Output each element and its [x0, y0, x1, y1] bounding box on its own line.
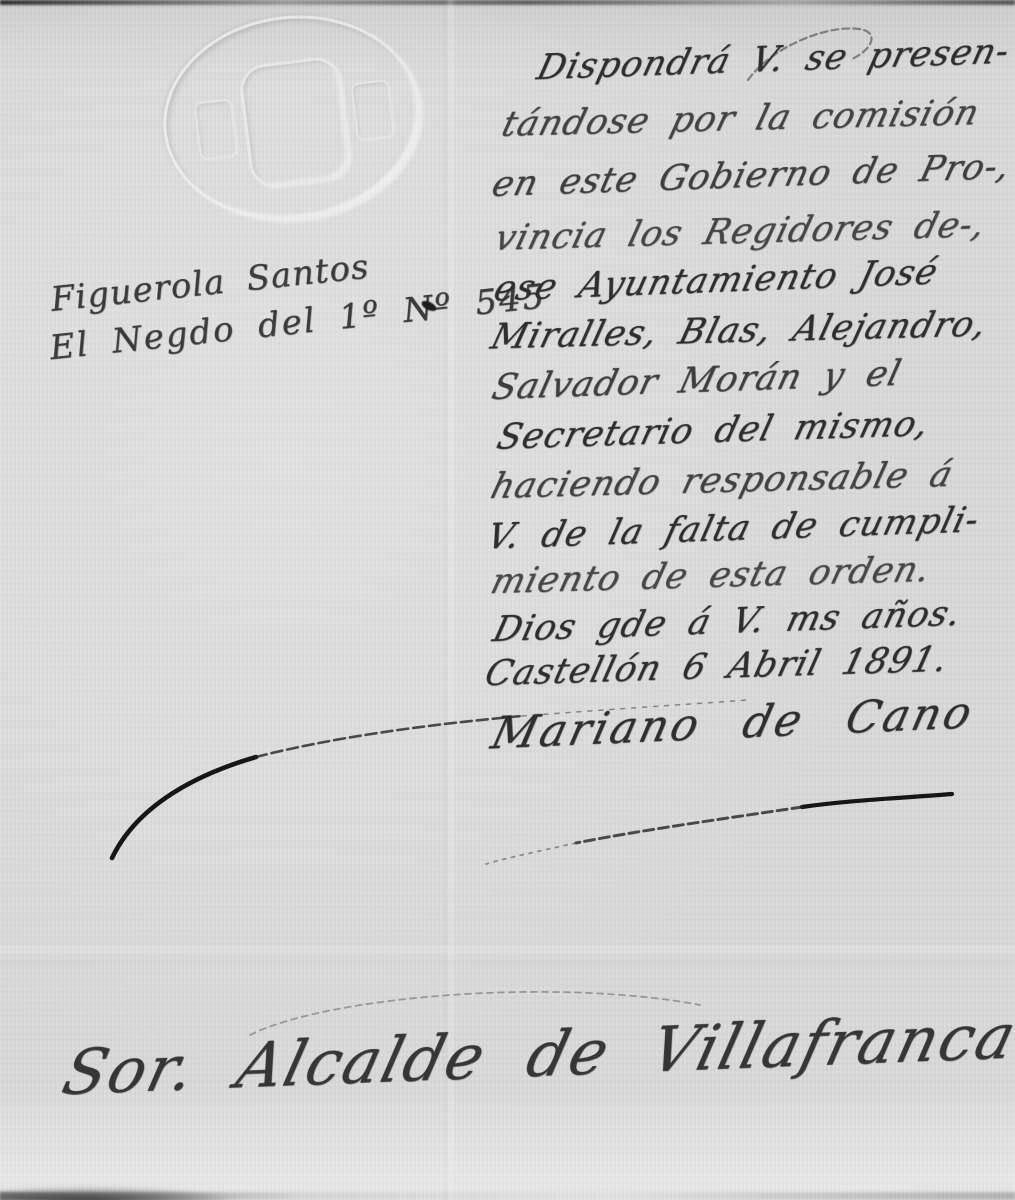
body-line-1: Dispondrá V. se presen-	[531, 32, 1004, 92]
body-line-6: Miralles, Blas, Alejandro,	[486, 305, 982, 362]
scan-bottom-edge	[0, 1192, 1015, 1200]
horizontal-fold-crease	[0, 946, 1015, 966]
rubric-sweep-solid	[112, 757, 256, 858]
addressee-line: Sor. Alcalde de Villafranca	[53, 1000, 1007, 1109]
body-line-3: en este Gobierno de Pro-,	[486, 147, 1005, 209]
body-line-9: haciendo responsable á	[486, 455, 948, 511]
margin-registry-note: Figuerola Santos El Negdo del 1º Nº 545	[48, 225, 548, 372]
seal-right-mark	[350, 79, 395, 141]
embossed-seal-icon	[152, 1, 433, 235]
body-line-2: tándose por la comisión	[497, 93, 974, 149]
scanned-letter-page: Figuerola Santos El Negdo del 1º Nº 545 …	[0, 0, 1015, 1200]
seal-left-mark	[193, 98, 238, 160]
seal-center-emblem	[237, 55, 353, 191]
rubric-sweep-mid	[256, 716, 522, 757]
scan-top-edge	[0, 0, 1015, 5]
signature: Mariano de Cano	[484, 688, 967, 760]
signature-tail-solid	[802, 794, 952, 807]
signature-tail-fade	[486, 843, 576, 864]
body-line-5: ese Ayuntamiento José	[488, 253, 932, 314]
signature-tail-mid	[576, 807, 802, 843]
body-line-7: Salvador Morán y el	[486, 354, 895, 412]
body-line-8: Secretario del mismo,	[491, 404, 923, 462]
